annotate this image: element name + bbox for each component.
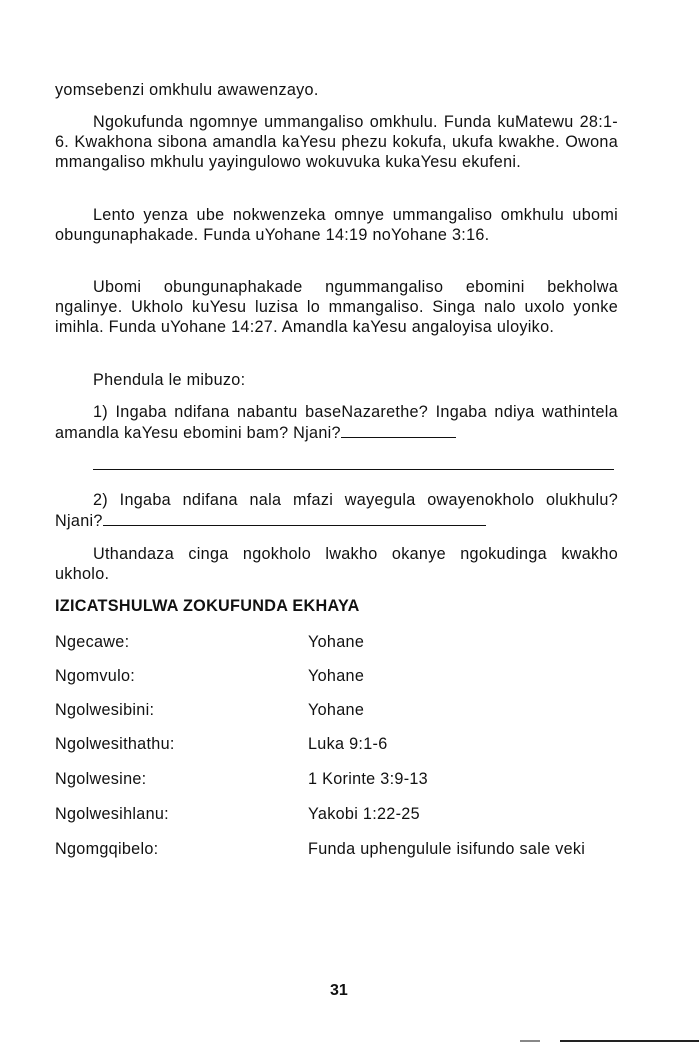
question-2: 2) Ingaba ndifana nala mfazi wayegula ow… — [55, 490, 618, 531]
reading-reference: Luka 9:1-6 — [308, 734, 620, 754]
scan-edge-fragment — [520, 1040, 540, 1042]
paragraph-matthew-reading: Ngokufunda ngomnye ummangaliso omkhulu. … — [55, 112, 618, 172]
reading-reference: Funda uphengulule isifundo sale veki — [308, 839, 620, 859]
reading-day: Ngecawe: — [55, 632, 129, 652]
reading-day: Ngomgqibelo: — [55, 839, 158, 859]
paragraph-continuation: yomsebenzi omkhulu awawenzayo. — [55, 80, 618, 100]
scan-edge-line — [560, 1040, 699, 1042]
reading-reference: 1 Korinte 3:9-13 — [308, 769, 620, 789]
question-1-text: 1) Ingaba ndifana nabantu baseNazarethe?… — [55, 403, 618, 442]
reading-day: Ngolwesine: — [55, 769, 146, 789]
paragraph-faith-miracle: Ubomi obungunaphakade ngummangaliso ebom… — [55, 277, 618, 337]
paragraph-eternal-life: Lento yenza ube nokwenzeka omnye ummanga… — [55, 205, 618, 245]
reading-reference: Yohane — [308, 632, 620, 652]
reading-day: Ngolwesithathu: — [55, 734, 175, 754]
reading-day: Ngolwesibini: — [55, 700, 154, 720]
readings-heading: IZICATSHULWA ZOKUFUNDA EKHAYA — [55, 597, 360, 616]
reading-day: Ngomvulo: — [55, 666, 135, 686]
answer-blank-2[interactable] — [103, 510, 486, 526]
answer-line-1b[interactable] — [93, 469, 614, 470]
page-number: 31 — [330, 982, 348, 1000]
answer-blank-1a[interactable] — [341, 422, 456, 438]
reading-reference: Yohane — [308, 700, 620, 720]
reading-day: Ngolwesihlanu: — [55, 804, 169, 824]
questions-instruction: Phendula le mibuzo: — [55, 370, 618, 390]
prayer-paragraph: Uthandaza cinga ngokholo lwakho okanye n… — [55, 544, 618, 584]
question-1: 1) Ingaba ndifana nabantu baseNazarethe?… — [55, 402, 618, 443]
reading-reference: Yakobi 1:22-25 — [308, 804, 620, 824]
reading-reference: Yohane — [308, 666, 620, 686]
